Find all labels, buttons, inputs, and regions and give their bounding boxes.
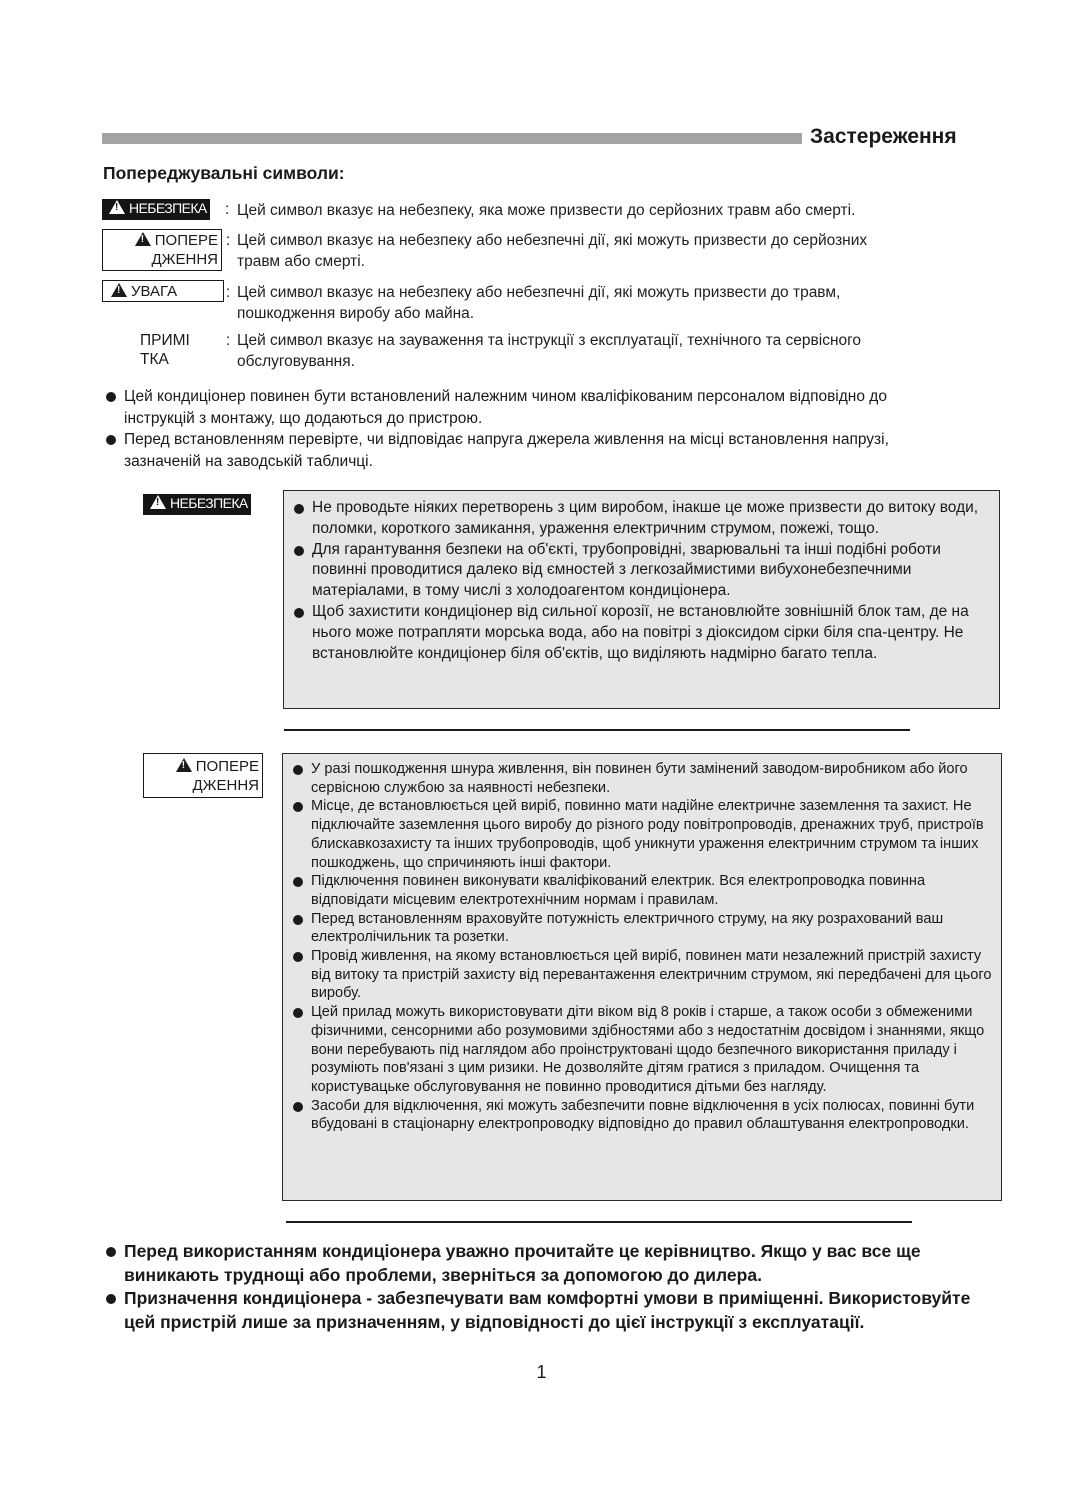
separator: : [226, 284, 230, 302]
warning-list: У разі пошкодження шнура живлення, він п… [289, 760, 995, 1134]
list-item: Перед встановленням перевірте, чи відпов… [102, 429, 962, 472]
warning-triangle-icon [111, 283, 127, 297]
warning-badge: ПОПЕРЕ ДЖЕННЯ [143, 753, 263, 798]
divider [284, 729, 910, 731]
list-item: Засоби для відключення, які можуть забез… [289, 1097, 995, 1134]
warning-triangle-icon [150, 495, 166, 509]
danger-badge: НЕБЕЗПЕКА [143, 494, 251, 515]
danger-list: Не проводьте ніяких перетворень з цим ви… [290, 498, 991, 664]
list-item: Місце, де встановлюється цей виріб, пови… [289, 797, 995, 872]
warning-badge: ПОПЕРЕ ДЖЕННЯ [102, 229, 222, 271]
list-item: Для гарантування безпеки на об'єкті, тру… [290, 540, 991, 602]
separator: : [226, 232, 230, 250]
list-item: Перед використанням кондиціонера уважно … [102, 1240, 1002, 1287]
danger-badge: НЕБЕЗПЕКА [102, 199, 210, 220]
caution-badge: УВАГА [102, 280, 224, 302]
symbol-description: Цей символ вказує на небезпеку або небез… [237, 282, 840, 324]
list-item: У разі пошкодження шнура живлення, він п… [289, 760, 995, 797]
list-item: Підключення повинен виконувати кваліфіко… [289, 872, 995, 909]
symbol-description: Цей символ вказує на небезпеку, яка може… [237, 200, 855, 221]
page-title: Застереження [810, 125, 957, 149]
note-label: ПРИМІ ТКА [140, 331, 190, 369]
divider [286, 1221, 912, 1223]
warning-triangle-icon [135, 232, 151, 246]
separator: : [226, 332, 230, 350]
list-item: Цей прилад можуть використовувати діти в… [289, 1003, 995, 1097]
list-item: Призначення кондиціонера - забезпечувати… [102, 1287, 1002, 1334]
warning-box: У разі пошкодження шнура живлення, він п… [282, 753, 1002, 1201]
separator: : [225, 201, 229, 219]
list-item: Щоб захистити кондиціонер від сильної ко… [290, 602, 991, 664]
outro-bullet-list: Перед використанням кондиціонера уважно … [102, 1240, 1002, 1334]
list-item: Не проводьте ніяких перетворень з цим ви… [290, 498, 991, 540]
symbol-description: Цей символ вказує на небезпеку або небез… [237, 230, 867, 272]
list-item: Перед встановленням враховуйте потужніст… [289, 910, 995, 947]
page-number: 1 [0, 1362, 1083, 1383]
list-item: Провід живлення, на якому встановлюється… [289, 947, 995, 1003]
symbol-description: Цей символ вказує на зауваження та інстр… [237, 330, 861, 372]
intro-bullet-list: Цей кондиціонер повинен бути встановлени… [102, 386, 962, 472]
warning-triangle-icon [176, 758, 192, 772]
list-item: Цей кондиціонер повинен бути встановлени… [102, 386, 962, 429]
header-bar [102, 133, 802, 144]
section-title: Попереджувальні символи: [103, 163, 345, 184]
warning-triangle-icon [109, 200, 125, 214]
danger-box: Не проводьте ніяких перетворень з цим ви… [283, 490, 1000, 709]
